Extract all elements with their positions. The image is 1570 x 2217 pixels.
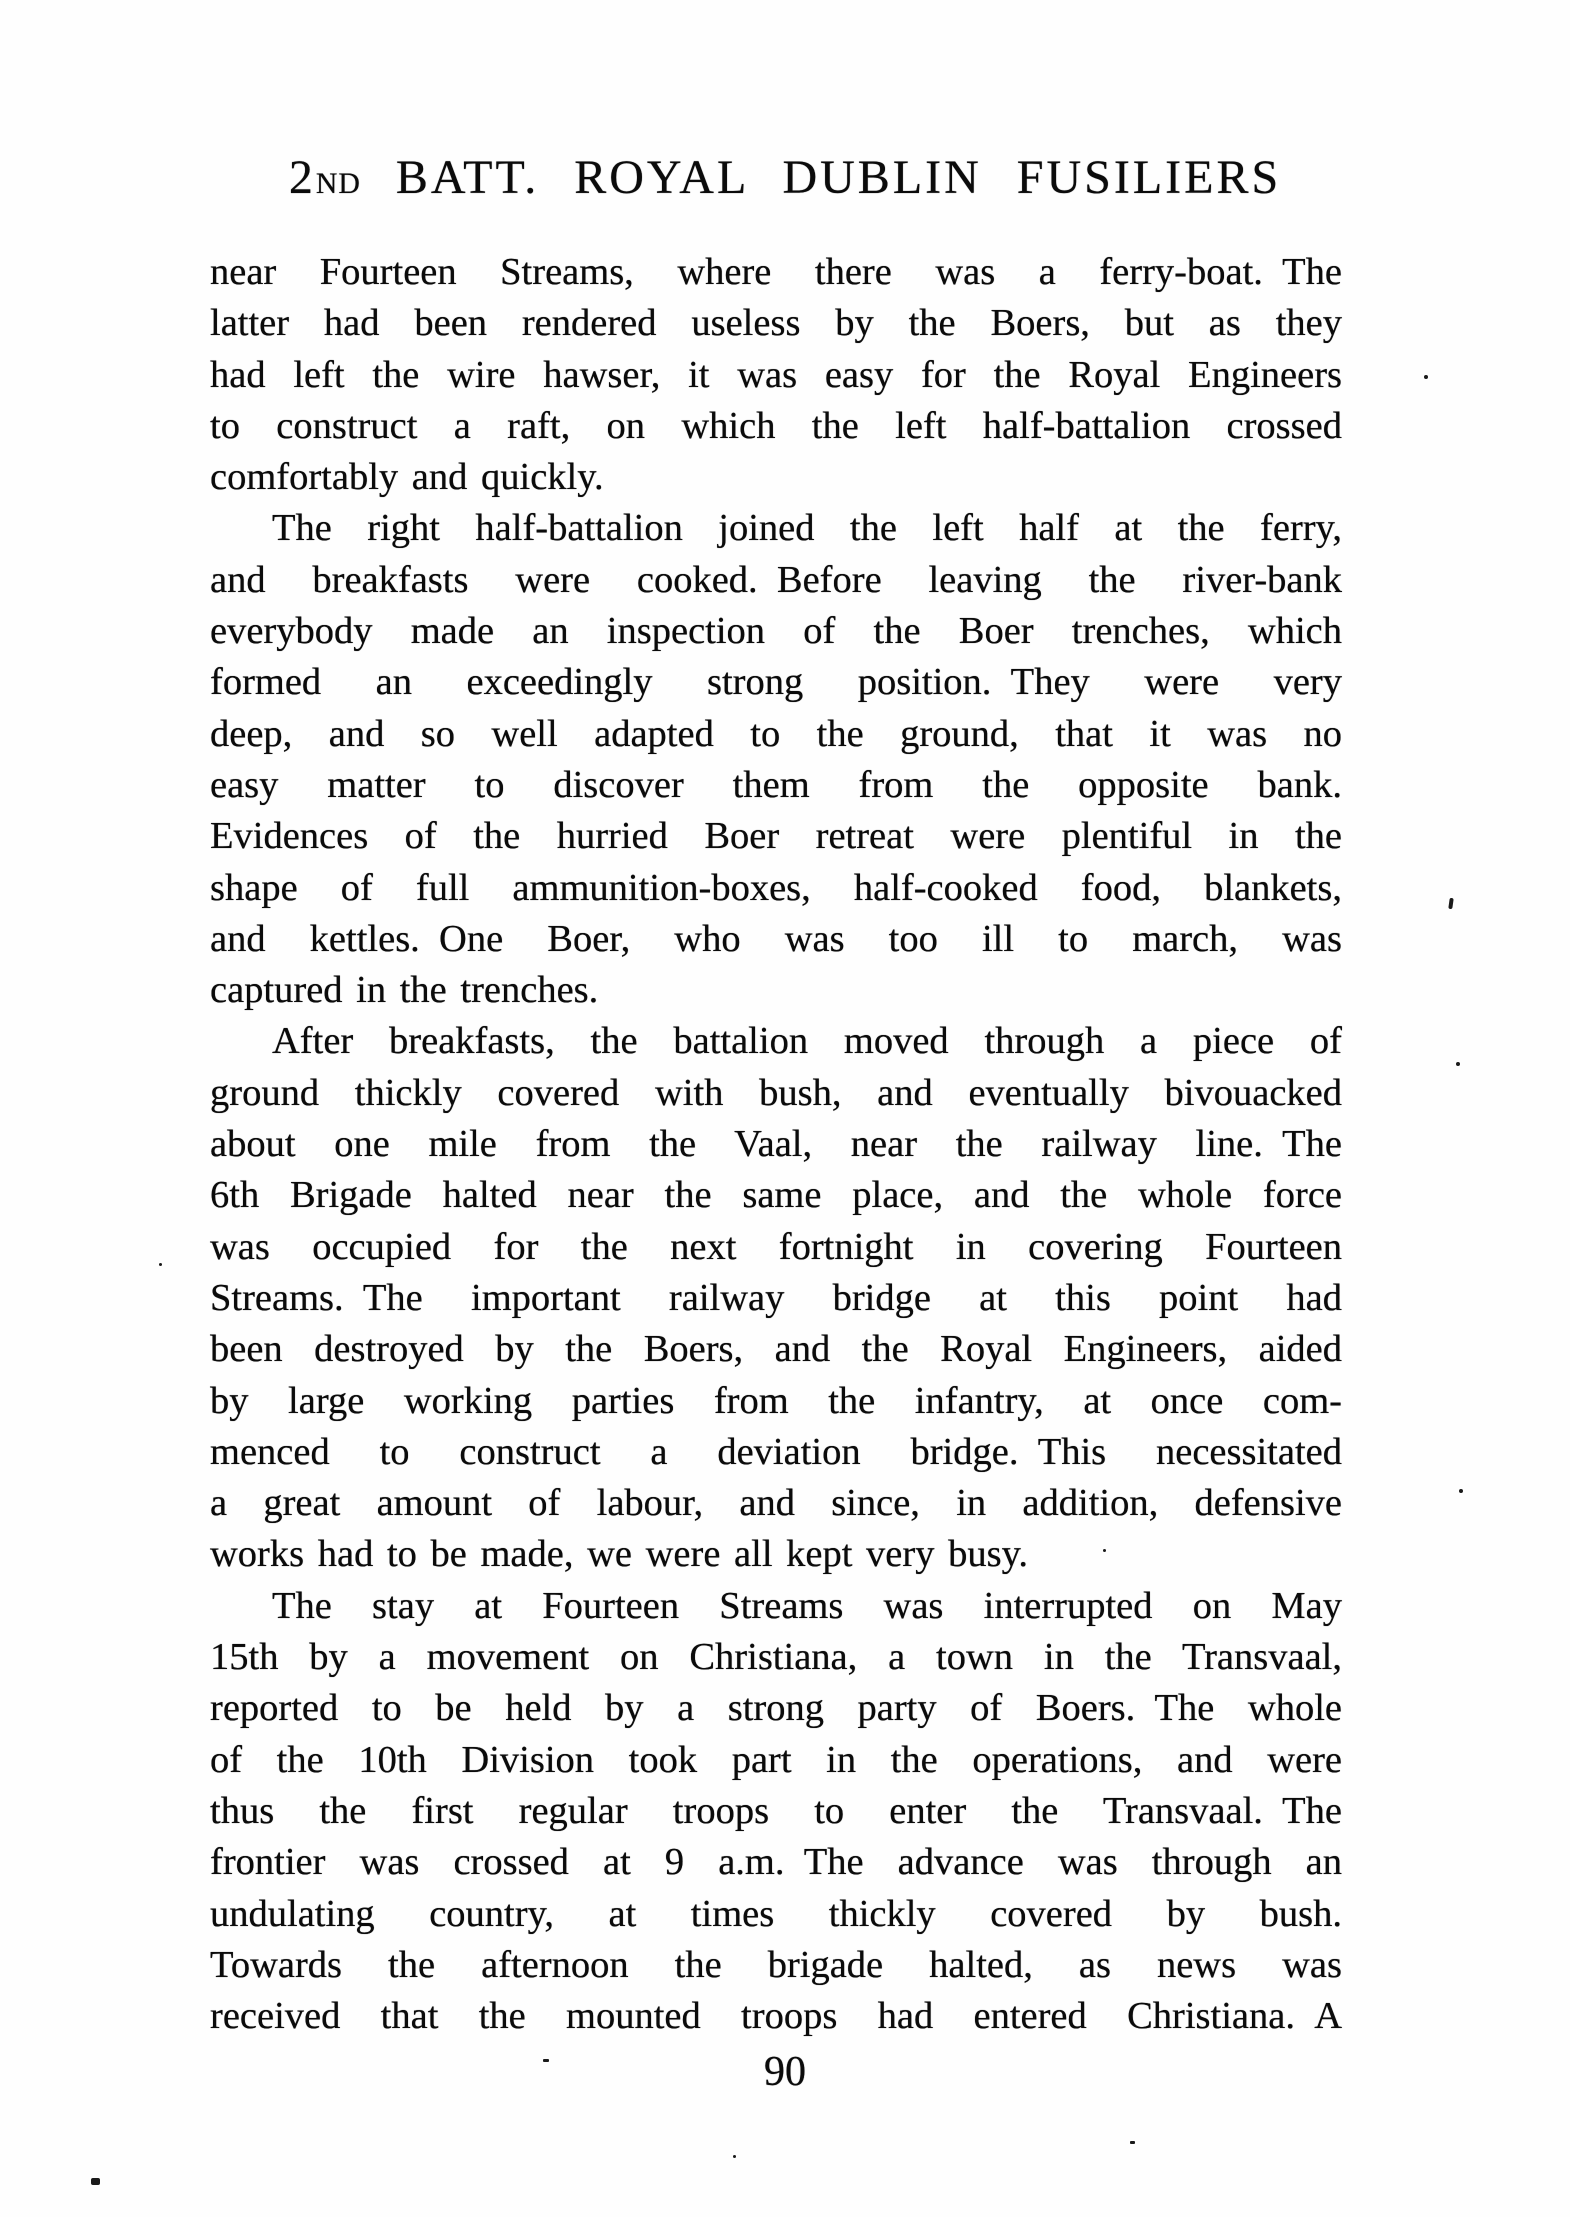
page-number: 90 [0, 2048, 1570, 2096]
ink-speck [91, 2178, 100, 2185]
text-line: menced to construct a deviation bridge. … [210, 1427, 1342, 1478]
text-line: and breakfasts were cooked. Before leavi… [210, 555, 1342, 606]
text-line: everybody made an inspection of the Boer… [210, 606, 1342, 657]
ink-speck [733, 2155, 736, 2158]
paragraph: The stay at Fourteen Streams was interru… [210, 1581, 1342, 2043]
page-title: 2ND BATT. ROYAL DUBLIN FUSILIERS [0, 150, 1570, 205]
ink-speck [1103, 1549, 1106, 1552]
text-line: deep, and so well adapted to the ground,… [210, 709, 1342, 760]
text-line: about one mile from the Vaal, near the r… [210, 1119, 1342, 1170]
text-line: of the 10th Division took part in the op… [210, 1735, 1342, 1786]
text-line: easy matter to discover them from the op… [210, 760, 1342, 811]
text-line: After breakfasts, the battalion moved th… [210, 1016, 1342, 1067]
text-line: formed an exceedingly strong position. T… [210, 657, 1342, 708]
text-line: was occupied for the next fortnight in c… [210, 1222, 1342, 1273]
text-line: 6th Brigade halted near the same place, … [210, 1170, 1342, 1221]
text-line: received that the mounted troops had ent… [210, 1991, 1342, 2042]
paragraph: After breakfasts, the battalion moved th… [210, 1016, 1342, 1580]
text-line: thus the first regular troops to enter t… [210, 1786, 1342, 1837]
text-line: undulating country, at times thickly cov… [210, 1889, 1342, 1940]
text-line: The stay at Fourteen Streams was interru… [210, 1581, 1342, 1632]
text-line: 15th by a movement on Christiana, a town… [210, 1632, 1342, 1683]
header-ordinal: ND [316, 167, 361, 200]
text-line: Towards the afternoon the brigade halted… [210, 1940, 1342, 1991]
text-line: captured in the trenches. [210, 965, 1342, 1016]
ink-speck [1459, 1489, 1463, 1493]
text-line: had left the wire hawser, it was easy fo… [210, 350, 1342, 401]
ink-speck [1448, 898, 1453, 909]
page-text: near Fourteen Streams, where there was a… [210, 247, 1342, 2042]
ink-speck [1456, 1062, 1460, 1066]
book-page: 2ND BATT. ROYAL DUBLIN FUSILIERS near Fo… [0, 0, 1570, 2217]
ink-speck [543, 2059, 549, 2062]
paragraph: near Fourteen Streams, where there was a… [210, 247, 1342, 503]
header-number: 2 [289, 151, 316, 204]
text-line: works had to be made, we were all kept v… [210, 1529, 1342, 1580]
paragraph: The right half-battalion joined the left… [210, 503, 1342, 1016]
text-line: shape of full ammunition-boxes, half-coo… [210, 863, 1342, 914]
text-line: and kettles. One Boer, who was too ill t… [210, 914, 1342, 965]
text-line: frontier was crossed at 9 a.m. The advan… [210, 1837, 1342, 1888]
text-line: to construct a raft, on which the left h… [210, 401, 1342, 452]
text-line: Streams. The important railway bridge at… [210, 1273, 1342, 1324]
text-line: ground thickly covered with bush, and ev… [210, 1068, 1342, 1119]
text-line: been destroyed by the Boers, and the Roy… [210, 1324, 1342, 1375]
text-line: Evidences of the hurried Boer retreat we… [210, 811, 1342, 862]
text-line: comfortably and quickly. [210, 452, 1342, 503]
header-rest: BATT. ROYAL DUBLIN FUSILIERS [396, 151, 1281, 204]
text-line: a great amount of labour, and since, in … [210, 1478, 1342, 1529]
ink-speck [1130, 2141, 1135, 2144]
ink-speck [159, 1263, 162, 1266]
text-line: by large working parties from the infant… [210, 1376, 1342, 1427]
text-line: The right half-battalion joined the left… [210, 503, 1342, 554]
text-line: latter had been rendered useless by the … [210, 298, 1342, 349]
ink-speck [1424, 375, 1428, 379]
text-line: reported to be held by a strong party of… [210, 1683, 1342, 1734]
text-line: near Fourteen Streams, where there was a… [210, 247, 1342, 298]
